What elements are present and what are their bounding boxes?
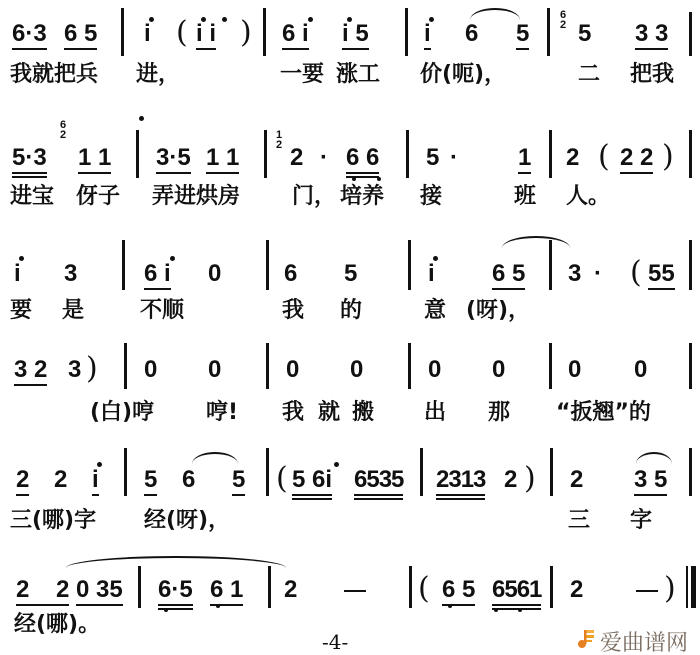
note-group: i i <box>196 22 216 46</box>
note: 5 <box>516 22 529 46</box>
barline <box>263 8 266 56</box>
note: 3 <box>568 262 581 286</box>
note: 5 <box>232 468 245 492</box>
rest: 0 <box>350 358 363 382</box>
high-octave-dot <box>308 17 313 22</box>
high-octave-dot <box>19 256 24 261</box>
paren-open: ( <box>276 464 288 494</box>
barline <box>689 343 692 389</box>
note-group: 6 5 <box>64 22 97 46</box>
slur <box>66 556 286 568</box>
note: 2 <box>504 468 517 492</box>
barline <box>138 566 141 608</box>
note-group: 1 1 <box>78 146 111 170</box>
paren-open: ( <box>630 258 642 288</box>
high-octave-dot <box>334 462 339 467</box>
low-octave-dot <box>352 177 356 181</box>
sustain-dash <box>636 590 658 592</box>
note: 2 <box>54 468 67 492</box>
lyric: 出 <box>424 400 446 426</box>
lyric: 经(哪)。 <box>14 612 100 638</box>
barline <box>406 130 409 178</box>
lyric: 我就把兵 <box>10 62 98 88</box>
note-group: 55 <box>648 262 675 286</box>
lyric: 一要 <box>280 62 324 88</box>
barline <box>266 240 269 290</box>
barline <box>409 566 412 608</box>
note-group: 6 1 <box>210 578 243 602</box>
barline <box>136 130 139 178</box>
final-barline-thin <box>686 566 688 608</box>
lyric: 经(呀)， <box>144 508 230 534</box>
high-octave-dot <box>201 17 206 22</box>
note: 5 <box>578 22 591 46</box>
lyric: 涨工 <box>336 62 380 88</box>
rest: 0 <box>428 358 441 382</box>
decorative-dot <box>139 116 144 121</box>
paren-close: ) <box>524 464 536 494</box>
slur <box>636 452 672 464</box>
note: 2 <box>56 578 69 602</box>
lyric: 人。 <box>566 184 610 210</box>
lyric: (呀)， <box>466 298 530 324</box>
note: 2 <box>284 578 297 602</box>
lyric: 三 <box>568 508 590 534</box>
lyric: 把我 <box>630 62 674 88</box>
lyric: “扳翘”的 <box>556 400 651 426</box>
barline <box>266 448 269 496</box>
lyric: 弄进烘房 <box>152 184 240 210</box>
high-octave-dot <box>347 17 352 22</box>
note-group: 3 5 <box>634 468 667 492</box>
barline <box>408 240 411 290</box>
note: 2 <box>570 578 583 602</box>
low-octave-dot <box>216 604 220 608</box>
barline <box>550 566 553 608</box>
note: 5 <box>426 146 439 170</box>
low-octave-dot <box>518 608 522 612</box>
note: i <box>14 262 21 286</box>
slur <box>502 236 570 248</box>
final-barline-thick <box>691 566 696 608</box>
note-group: 6535 <box>354 468 403 492</box>
lyric: 接 <box>420 184 442 210</box>
lyric: 价(呃)， <box>420 62 506 88</box>
barline <box>689 448 692 496</box>
note-group: 3 2 <box>14 358 47 382</box>
high-octave-dot <box>170 256 175 261</box>
barline <box>124 448 127 496</box>
paren-open: ( <box>418 574 430 604</box>
rest: 0 <box>634 358 647 382</box>
lyric: 班 <box>514 184 536 210</box>
note-group: 6561 <box>492 578 541 602</box>
paren-close: ) <box>240 18 252 48</box>
paren-close: ) <box>664 574 676 604</box>
note-group: 6 i <box>282 22 309 46</box>
barline <box>549 343 552 389</box>
low-octave-dot <box>448 604 452 608</box>
note-group: 0 35 <box>76 578 123 602</box>
note: 6 <box>465 22 478 46</box>
barline <box>121 8 124 56</box>
lyric: 要 <box>10 298 32 324</box>
lyric: 门， <box>292 184 336 210</box>
barline <box>549 240 552 290</box>
lyric: 那 <box>488 400 510 426</box>
lyric: 不顺 <box>140 298 184 324</box>
lyric: 就 <box>318 400 340 426</box>
note: 2 <box>16 468 29 492</box>
lyric: 意 <box>424 298 446 324</box>
lyric: 是 <box>62 298 84 324</box>
note-group: 6·3 <box>12 22 47 46</box>
note-group: 6 5 <box>492 262 525 286</box>
note: 6 <box>284 262 297 286</box>
page-number: -4- <box>322 630 348 654</box>
note: 2 <box>290 146 303 170</box>
note: 6 <box>182 468 195 492</box>
paren-close: ) <box>86 354 98 384</box>
barline <box>405 8 408 56</box>
high-octave-dot <box>149 17 154 22</box>
note-group: 5 6i <box>292 468 332 492</box>
augmentation-dot: · <box>450 146 458 170</box>
augmentation-dot: · <box>320 146 328 170</box>
barline <box>408 343 411 389</box>
watermark-text: 爱曲谱网 <box>600 626 688 655</box>
note: 1 <box>518 146 531 170</box>
barline <box>549 130 552 178</box>
grace-note: 1 2 <box>276 130 282 150</box>
barline <box>124 343 127 389</box>
note-group: 6 i <box>144 262 171 286</box>
note: 2 <box>570 468 583 492</box>
lyric: 哼! <box>206 400 238 426</box>
barline <box>550 448 553 496</box>
grace-note: 6 2 <box>560 10 566 30</box>
barline <box>689 12 692 56</box>
note-group: 3 3 <box>635 22 668 46</box>
note: i <box>428 262 435 286</box>
lyric: 我 <box>282 400 304 426</box>
lyric: 的 <box>340 298 362 324</box>
lyric: 字 <box>630 508 652 534</box>
note: 0 <box>208 262 221 286</box>
note: 3 <box>68 358 81 382</box>
note-group: i 5 <box>342 22 369 46</box>
augmentation-dot: · <box>594 262 602 286</box>
note: i <box>92 468 99 492</box>
note-group: 3·5 <box>156 146 191 170</box>
barline <box>264 130 267 178</box>
note-group: 6 5 <box>442 578 475 602</box>
barline <box>689 130 692 178</box>
barline <box>268 566 271 608</box>
high-octave-dot <box>97 462 102 467</box>
lyric: 搬 <box>352 400 374 426</box>
high-octave-dot <box>429 17 434 22</box>
lyric: 二 <box>578 62 600 88</box>
rest: 0 <box>568 358 581 382</box>
rest: 0 <box>208 358 221 382</box>
note-group: 2313 <box>436 468 485 492</box>
lyric: 进， <box>136 62 180 88</box>
rest: 0 <box>144 358 157 382</box>
sustain-dash <box>344 590 366 592</box>
note-group: 5·3 <box>12 146 47 170</box>
low-octave-dot <box>377 177 381 181</box>
note: 3 <box>64 262 77 286</box>
low-octave-dot <box>164 608 168 612</box>
lyric: (白)哼 <box>90 400 154 426</box>
note: 2 <box>566 146 579 170</box>
lyric: 进宝 <box>10 184 54 210</box>
note-group: 6·5 <box>158 578 193 602</box>
lyric: 培养 <box>340 184 384 210</box>
note: i <box>424 22 431 46</box>
paren-open: ( <box>598 142 610 172</box>
lyric: 三(哪)字 <box>10 508 96 534</box>
grace-note: 6 2 <box>60 120 66 140</box>
note-group: 2 2 <box>620 146 653 170</box>
barline <box>689 240 692 290</box>
barline <box>547 8 550 56</box>
slur <box>192 452 238 464</box>
note-group: 1 1 <box>206 146 239 170</box>
note: i <box>144 22 151 46</box>
paren-open: ( <box>176 18 188 48</box>
barline <box>122 240 125 290</box>
high-octave-dot <box>222 17 227 22</box>
high-octave-dot <box>433 256 438 261</box>
note-group: 6 6 <box>346 146 379 170</box>
slur <box>470 8 520 20</box>
lyric: 伢子 <box>76 184 120 210</box>
lyric: 我 <box>282 298 304 324</box>
note: 5 <box>344 262 357 286</box>
note: 5 <box>144 468 157 492</box>
music-note-icon <box>576 628 596 648</box>
paren-close: ) <box>662 142 674 172</box>
barline <box>266 343 269 389</box>
barline <box>420 448 423 496</box>
rest: 0 <box>492 358 505 382</box>
low-octave-dot <box>494 608 498 612</box>
rest: 0 <box>286 358 299 382</box>
